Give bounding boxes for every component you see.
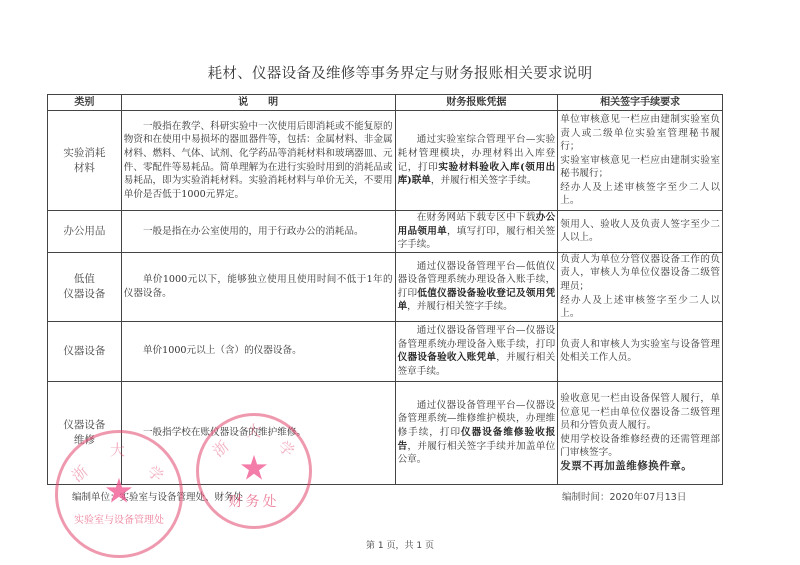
signature-cell: 领用人、验收人及负责人签字至少二人以上。 [558, 211, 723, 253]
description-cell: 一般指学校在账仪器设备的维护维修。 [121, 381, 395, 484]
category-line: 实验消耗 [63, 147, 105, 159]
signature-line: 使用学校设备维修经费的还需管理部门审核签字。 [560, 433, 720, 460]
compiling-unit: 编制单位：实验室与设备管理处、财务处 [72, 489, 243, 503]
category-line: 办公用品 [63, 225, 105, 237]
signature-cell: 验收意见一栏由设备保管人履行，单位意见一栏由单位仪器设备二级管理员和分管负责人履… [558, 381, 723, 484]
compile-date: 编制时间：2020年07月13日 [562, 489, 686, 503]
signature-line: 实验室审核意见一栏应由建制实验室秘书履行； [560, 154, 720, 181]
header-signature-requirements: 相关签字手续要求 [558, 95, 723, 111]
finance-text: 在财务网站下载专区中下载 [417, 212, 536, 223]
header-finance-voucher: 财务报账凭据 [395, 95, 558, 111]
signature-cell: 单位审核意见一栏应由建制实验室负责人或二级单位实验室管理秘书履行； 实验室审核意… [558, 111, 723, 211]
finance-cell: 通过实验室综合管理平台—实验耗材管理模块，办理材料出入库登记，打印实验材料验收入… [395, 111, 558, 211]
description-cell: 单价1000元以上（含）的仪器设备。 [121, 321, 395, 381]
category-line: 材料 [74, 162, 95, 174]
signature-line: 经办人及上述审核签字至少二人以上。 [560, 294, 720, 321]
header-category: 类别 [48, 95, 122, 111]
category-line: 低值 [74, 273, 95, 285]
signature-line: 负责人为单位分管仪器设备工作的负责人，审核人为单位仪器设备二级管理员； [560, 253, 720, 294]
signature-line: 经办人及上述审核签字至少二人以上。 [560, 181, 720, 208]
description-cell: 一般指在教学、科研实验中一次使用后即消耗或不能复原的物资和在使用中易损坏的器皿器… [121, 111, 395, 211]
category-line: 仪器设备 [63, 419, 105, 431]
table-row: 办公用品 一般是指在办公室使用的，用于行政办公的消耗品。 在财务网站下载专区中下… [48, 211, 723, 253]
table-header-row: 类别 说 明 财务报账凭据 相关签字手续要求 [48, 95, 723, 111]
signature-line: 负责人和审核人为实验室与设备管理处相关工作人员。 [560, 338, 720, 365]
description-cell: 一般是指在办公室使用的，用于行政办公的消耗品。 [121, 211, 395, 253]
finance-cell: 通过仪器设备管理平台—仪器设备管理系统—维修维护模块，办理维修手续，打印仪器设备… [395, 381, 558, 484]
category-line: 仪器设备 [63, 288, 105, 300]
signature-line: 领用人、验收人及负责人签字至少二人以上。 [560, 218, 720, 245]
finance-text: ，并履行相关签字手续。 [407, 301, 513, 312]
header-description: 说 明 [121, 95, 395, 111]
category-cell: 实验消耗 材料 [48, 111, 122, 211]
category-cell: 仪器设备 维修 [48, 381, 122, 484]
finance-cell: 在财务网站下载专区中下载办公用品领用单，填写打印，履行相关签字手续。 [395, 211, 558, 253]
seal-text: 实验室与设备管理处 [58, 511, 180, 526]
table-row: 低值 仪器设备 单价1000元以下，能够独立使用且使用时间不低于1年的仪器设备。… [48, 252, 723, 321]
category-line: 仪器设备 [63, 345, 105, 357]
table-row: 实验消耗 材料 一般指在教学、科研实验中一次使用后即消耗或不能复原的物资和在使用… [48, 111, 723, 211]
requirements-table: 类别 说 明 财务报账凭据 相关签字手续要求 实验消耗 材料 一般指在教学、科研… [47, 94, 723, 485]
page-title: 耗材、仪器设备及维修等事务界定与财务报账相关要求说明 [0, 62, 800, 83]
page-number: 第 1 页，共 1 页 [0, 538, 800, 551]
category-line: 维修 [74, 434, 95, 446]
signature-cell: 负责人和审核人为实验室与设备管理处相关工作人员。 [558, 321, 723, 381]
invoice-notice: 发票不再加盖维修换件章。 [560, 460, 720, 474]
table-row: 仪器设备 维修 一般指学校在账仪器设备的维护维修。 通过仪器设备管理平台—仪器设… [48, 381, 723, 484]
finance-text: ，并履行相关签字手续并加盖单位公章。 [398, 441, 556, 466]
finance-text: 通过仪器设备管理平台—仪器设备管理系统办理设备入账手续，打印 [398, 325, 556, 350]
category-cell: 办公用品 [48, 211, 122, 253]
signature-cell: 负责人为单位分管仪器设备工作的负责人，审核人为单位仪器设备二级管理员； 经办人及… [558, 252, 723, 321]
signature-line: 单位审核意见一栏应由建制实验室负责人或二级单位实验室管理秘书履行； [560, 113, 720, 154]
category-cell: 仪器设备 [48, 321, 122, 381]
table-row: 仪器设备 单价1000元以上（含）的仪器设备。 通过仪器设备管理平台—仪器设备管… [48, 321, 723, 381]
description-cell: 单价1000元以下，能够独立使用且使用时间不低于1年的仪器设备。 [121, 252, 395, 321]
voucher-name: 仪器设备验收入账凭单 [398, 352, 497, 363]
category-cell: 低值 仪器设备 [48, 252, 122, 321]
finance-cell: 通过仪器设备管理平台—仪器设备管理系统办理设备入账手续，打印仪器设备验收入账凭单… [395, 321, 558, 381]
finance-text: ，并履行相关签字手续。 [431, 175, 537, 186]
signature-line: 验收意见一栏由设备保管人履行，单位意见一栏由单位仪器设备二级管理员和分管负责人履… [560, 392, 720, 433]
finance-cell: 通过仪器设备管理平台—低值仪器设备管理系统办理设备入账手续，打印低值仪器设备验收… [395, 252, 558, 321]
